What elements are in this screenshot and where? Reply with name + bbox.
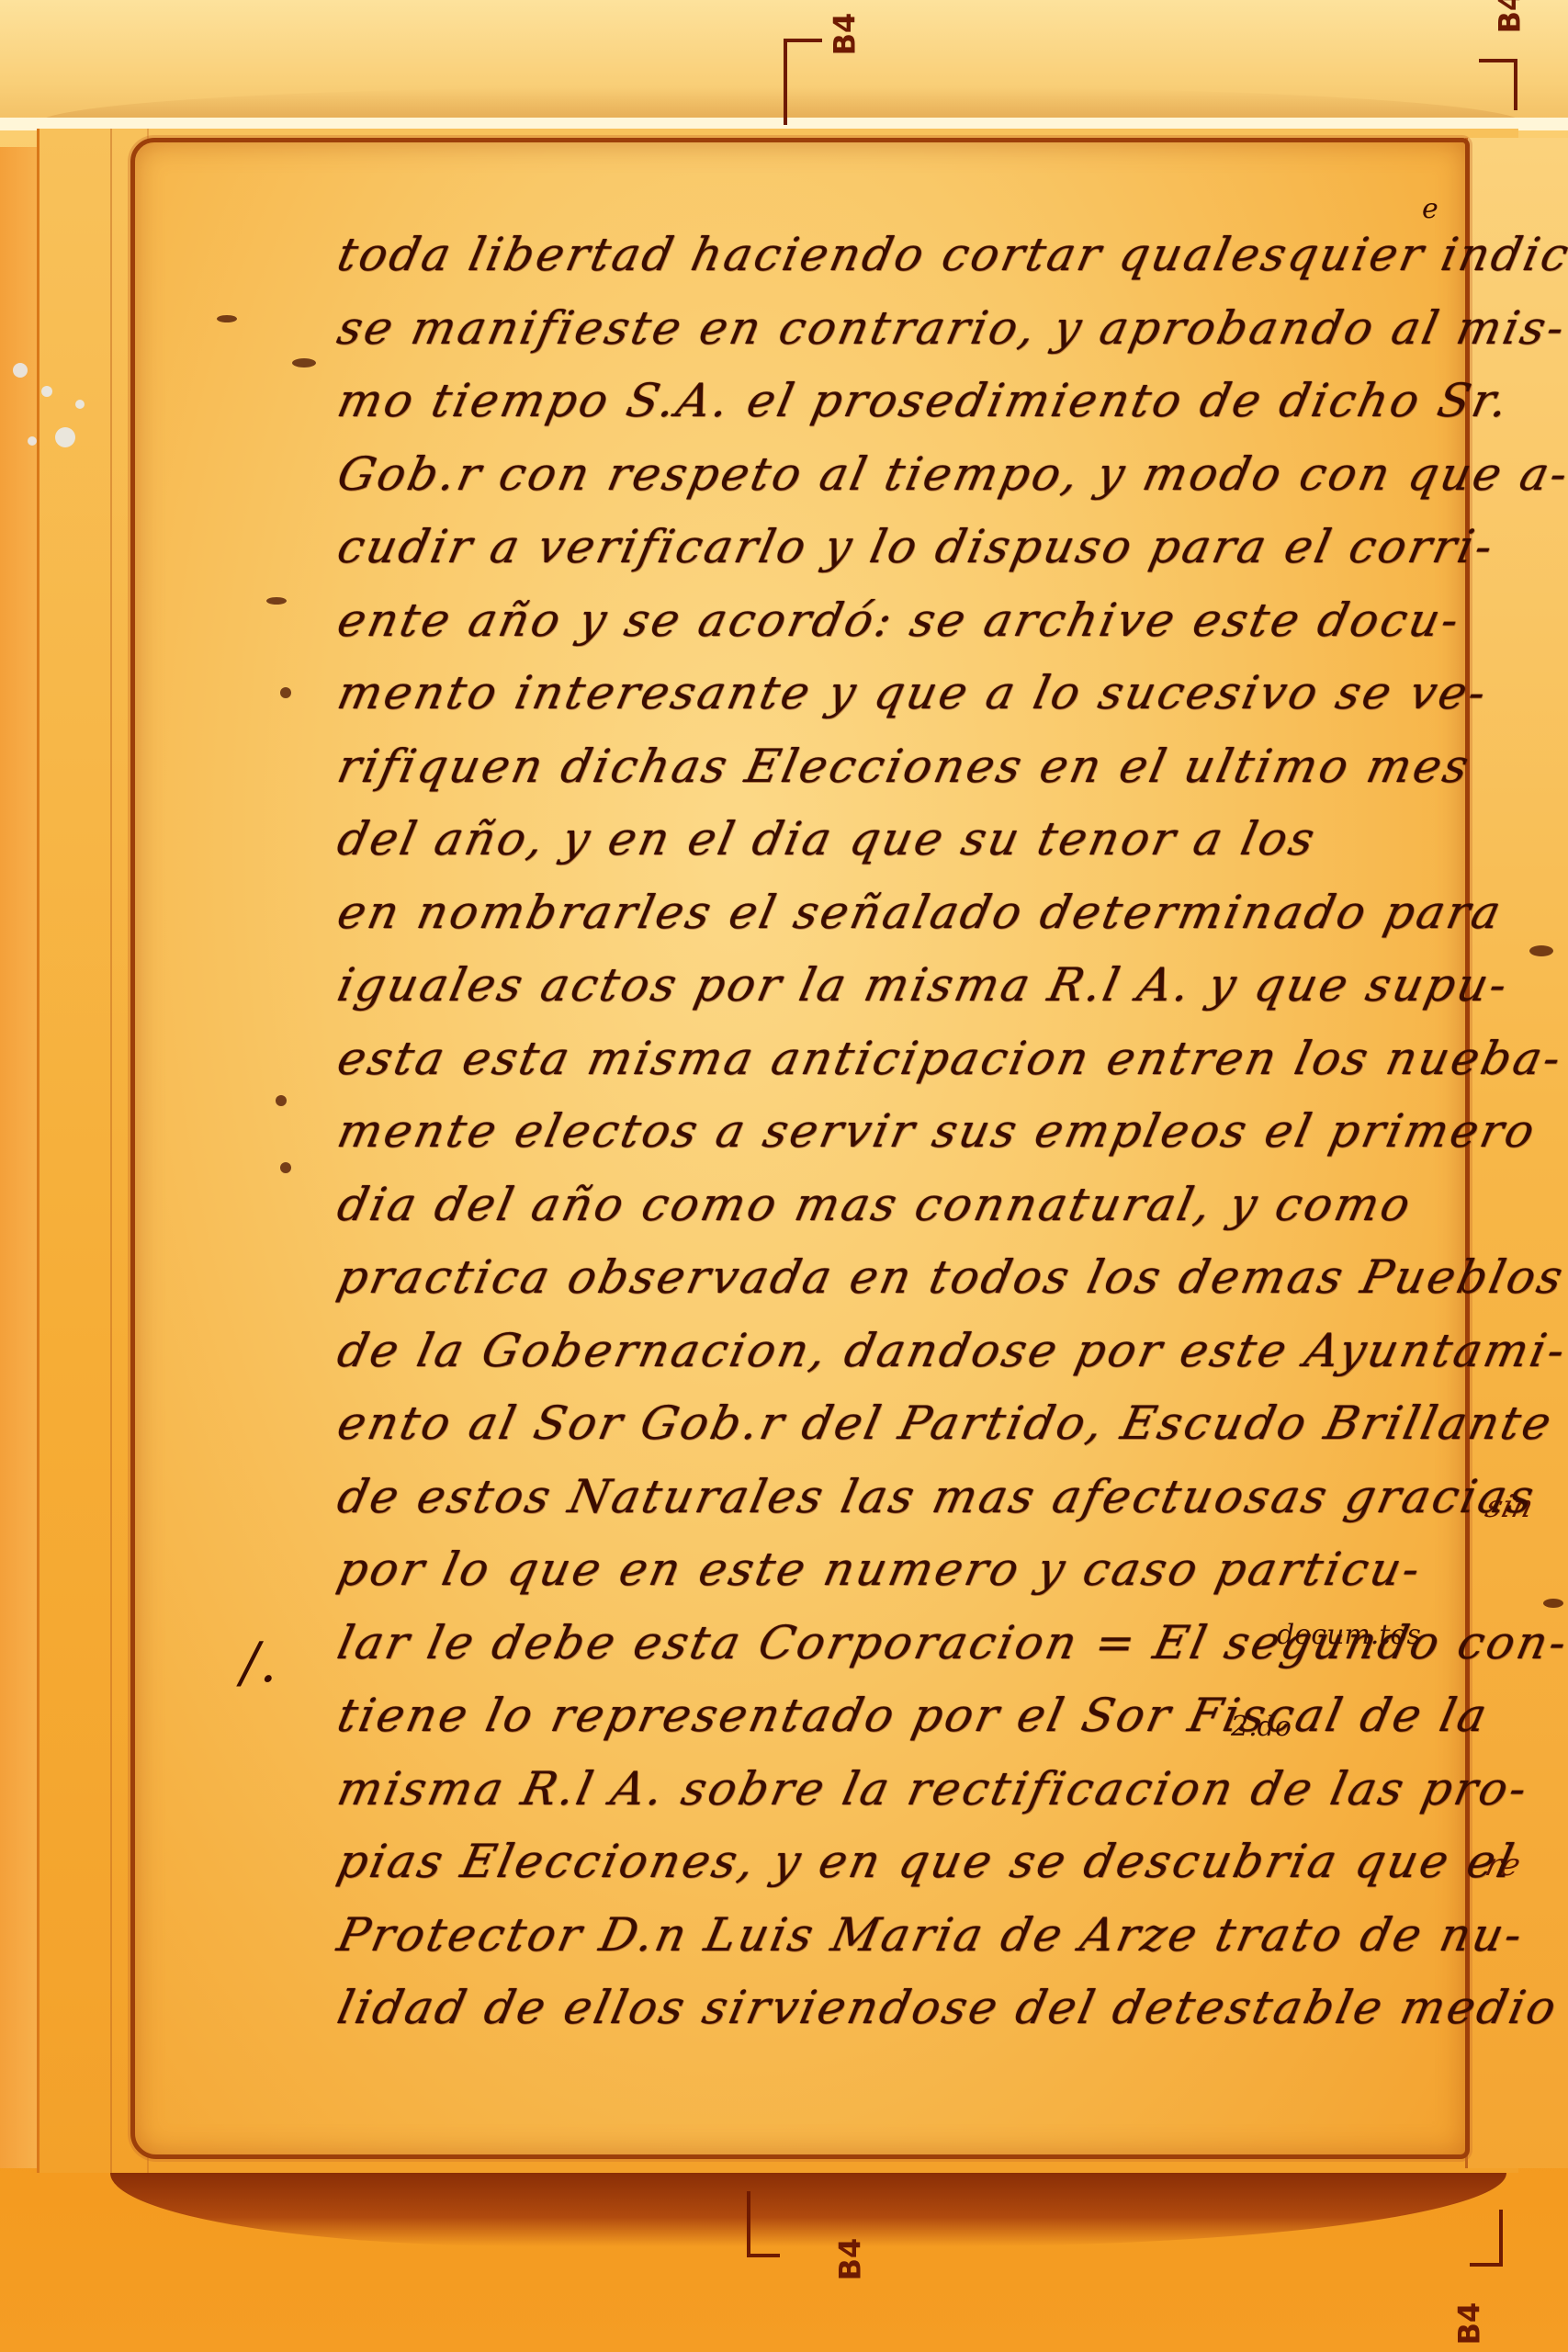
ink-bleed [217,315,237,322]
glare-speck [55,427,75,447]
manuscript-line: Protector D.n Luis Maria de Arze trato d… [331,1899,1485,1973]
manuscript-line: pias Elecciones, y en que se descubria q… [331,1826,1485,1899]
manuscript-line: iguales actos por la misma R.l A. y que … [331,949,1485,1023]
manuscript-line: ento al Sor Gob.r del Partido, Escudo Br… [331,1387,1485,1461]
crop-label-bottom-right: B4 [1451,2302,1486,2346]
interlinear-note: 2.do [1231,1711,1292,1743]
manuscript-line: tiene lo representado por el Sor Fiscal … [331,1679,1485,1753]
manuscript-line: dia del año como mas connatural, y como [331,1169,1485,1242]
manuscript-line: lidad de ellos sirviendose del detestabl… [331,1972,1485,2045]
manuscript-line: Gob.r con respeto al tiempo, y modo con … [331,438,1485,512]
manuscript-line: rifiquen dichas Elecciones en el ultimo … [331,730,1485,804]
manuscript-line: de la Gobernacion, dandose por este Ayun… [331,1315,1485,1388]
ink-bleed [1543,1599,1563,1608]
crop-label-top-right: B4 [1492,0,1527,33]
glare-speck [41,386,52,397]
manuscript-line: de estos Naturales las mas afectuosas gr… [331,1461,1485,1534]
crop-label-bottom-left: B4 [832,2238,867,2281]
ink-bleed [280,687,291,698]
margin-mark: /. [241,1631,276,1695]
crop-label-top-left: B4 [827,13,862,56]
interlinear-note: docum.tos [1277,1619,1421,1651]
left-binding-edge [0,147,40,2168]
manuscript-line: misma R.l A. sobre la rectificacion de l… [331,1753,1485,1826]
manuscript-line: ente año y se acordó: se archive este do… [331,584,1485,658]
manuscript-line: en nombrarles el señalado determinado pa… [331,876,1485,950]
manuscript-text: toda libertad haciendo cortar qualesquie… [331,219,1470,2045]
manuscript-line: esta esta misma anticipacion entren los … [331,1023,1485,1096]
glare-speck [28,436,37,446]
manuscript-line: por lo que en este numero y caso particu… [331,1533,1485,1607]
glare-speck [75,400,85,409]
ink-bleed [276,1095,287,1106]
manuscript-line: mento interesante y que a lo sucesivo se… [331,657,1485,730]
manuscript-line: mo tiempo S.A. el prosedimiento de dicho… [331,365,1485,438]
interlinear-note: e [1422,193,1438,225]
manuscript-line: toda libertad haciendo cortar qualesquie… [331,219,1485,292]
crop-mark-top-left [784,39,822,125]
manuscript-line: practica observada en todos los demas Pu… [331,1241,1485,1315]
manuscript-line: se manifieste en contrario, y aprobando … [331,292,1485,366]
ink-bleed [280,1162,291,1173]
ink-bleed [1529,945,1553,956]
manuscript-line: mente electos a servir sus empleos el pr… [331,1095,1485,1169]
crop-mark-bottom-left [747,2191,780,2257]
manuscript-line: cudir a verificarlo y lo dispuso para el… [331,511,1485,584]
ink-bleed [266,597,287,605]
crop-mark-bottom-right [1470,2210,1503,2267]
glare-speck [13,363,28,378]
crop-mark-top-right [1479,59,1517,110]
manuscript-line: del año, y en el dia que su tenor a los [331,803,1485,876]
ink-bleed [292,358,316,367]
